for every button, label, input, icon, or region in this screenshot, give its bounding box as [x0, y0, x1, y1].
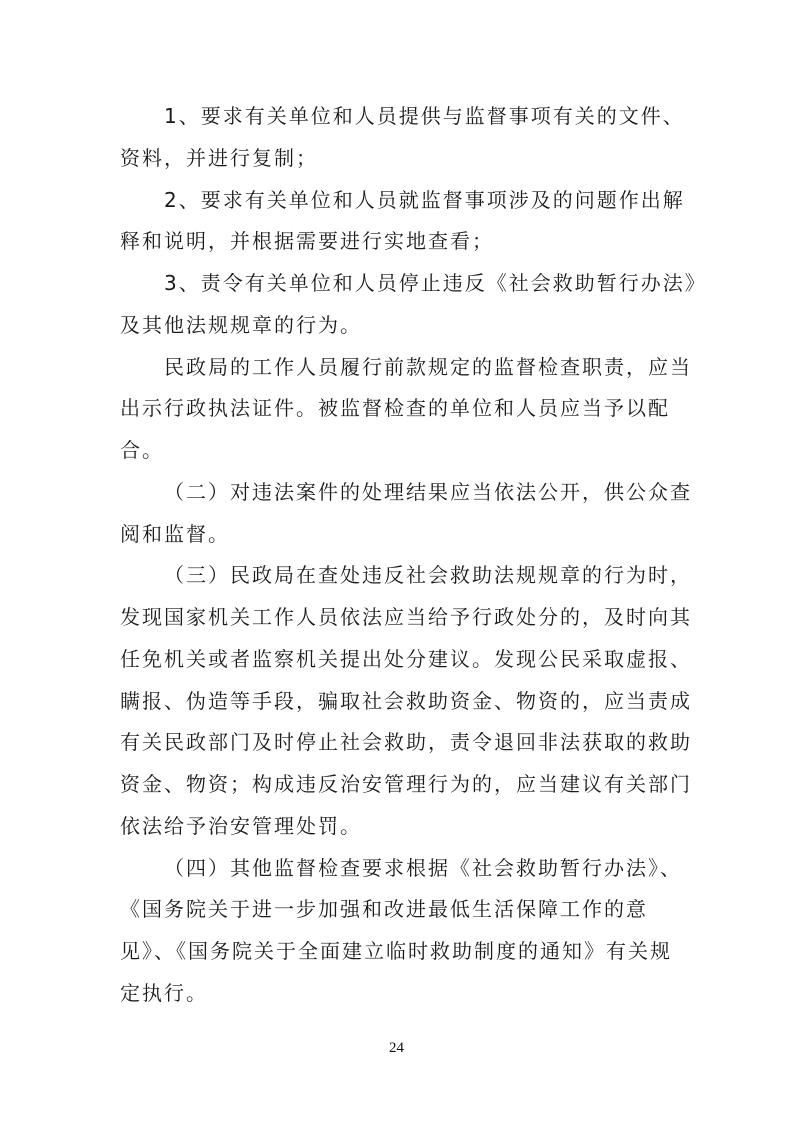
text-line: （二）对违法案件的处理结果应当依法公开，供公众查 [120, 472, 672, 514]
text-line: 瞒报、伪造等手段，骗取社会救助资金、物资的，应当责成 [120, 681, 672, 723]
body-text: 1、要求有关单位和人员提供与监督事项有关的文件、 资料，并进行复制； 2、要求有… [120, 96, 672, 1015]
page-number: 24 [0, 1040, 793, 1057]
text-line: 合。 [120, 430, 672, 472]
text-line: 3、责令有关单位和人员停止违反《社会救助暂行办法》 [120, 263, 672, 305]
text-line: 发现国家机关工作人员依法应当给予行政处分的，及时向其 [120, 597, 672, 639]
text-line: 资料，并进行复制； [120, 138, 672, 180]
text-line: （三）民政局在查处违反社会救助法规规章的行为时， [120, 555, 672, 597]
text-line: 2、要求有关单位和人员就监督事项涉及的问题作出解 [120, 180, 672, 222]
text-line: 资金、物资；构成违反治安管理行为的，应当建议有关部门 [120, 764, 672, 806]
document-page: 1、要求有关单位和人员提供与监督事项有关的文件、 资料，并进行复制； 2、要求有… [0, 0, 793, 1122]
text-line: 民政局的工作人员履行前款规定的监督检查职责，应当 [120, 347, 672, 389]
text-line: 见》、《国务院关于全面建立临时救助制度的通知》有关规 [120, 931, 672, 973]
text-line: 依法给予治安管理处罚。 [120, 806, 672, 848]
text-line: （四）其他监督检查要求根据《社会救助暂行办法》、 [120, 848, 672, 890]
text-line: 有关民政部门及时停止社会救助，责令退回非法获取的救助 [120, 722, 672, 764]
text-line: 释和说明，并根据需要进行实地查看； [120, 221, 672, 263]
text-line: 1、要求有关单位和人员提供与监督事项有关的文件、 [120, 96, 672, 138]
text-line: 《国务院关于进一步加强和改进最低生活保障工作的意 [120, 889, 672, 931]
text-line: 定执行。 [120, 973, 672, 1015]
text-line: 出示行政执法证件。被监督检查的单位和人员应当予以配 [120, 388, 672, 430]
text-line: 阅和监督。 [120, 514, 672, 556]
text-line: 及其他法规规章的行为。 [120, 305, 672, 347]
text-line: 任免机关或者监察机关提出处分建议。发现公民采取虚报、 [120, 639, 672, 681]
